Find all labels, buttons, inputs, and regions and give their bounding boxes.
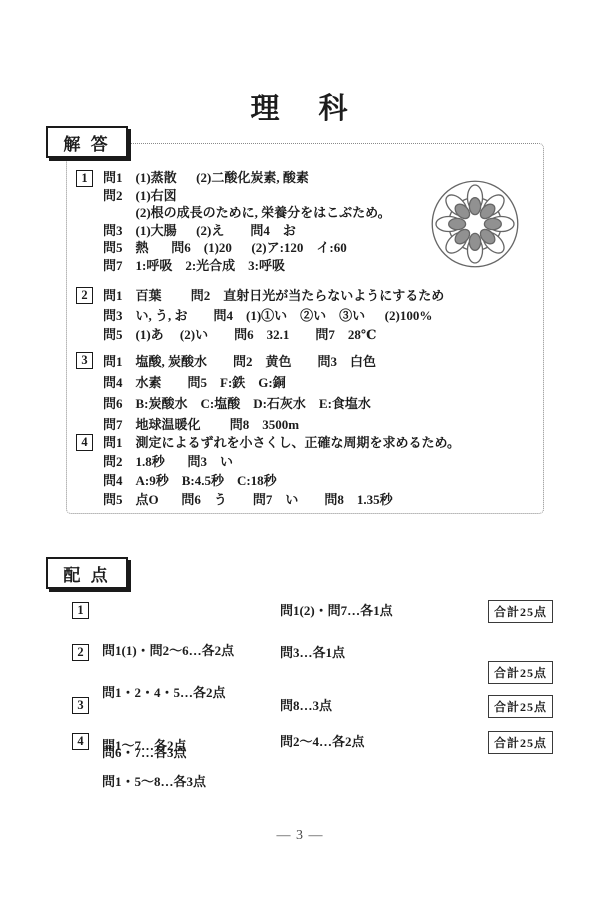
answer-line: 問3 (1)大腸 (2)え 問4 お <box>103 222 391 240</box>
answer-section-3: 問1 塩酸, 炭酸水 問2 黄色 問3 白色 問4 水素 問5 F:鉄 G:銅 … <box>103 351 376 435</box>
answer-line: 問4 水素 問5 F:鉄 G:銅 <box>103 372 376 393</box>
answer-line: 問6 B:炭酸水 C:塩酸 D:石灰水 E:食塩水 <box>103 393 376 414</box>
answer-line: 問5 点O 問6 う 問7 い 問8 1.35秒 <box>103 490 460 509</box>
answer-section-4: 問1 測定によるずれを小さくし、正確な周期を求めるため。 問2 1.8秒 問3 … <box>103 433 460 509</box>
answer-line: 問7 1:呼吸 2:光合成 3:呼吸 <box>103 257 391 275</box>
page-number: — 3 — <box>0 828 600 844</box>
answer-line: 問5 (1)あ (2)い 問6 32.1 問7 28℃ <box>103 325 444 345</box>
answers-label: 解 答 <box>46 126 128 158</box>
section-number-1: 1 <box>76 170 93 187</box>
answer-section-1: 問1 (1)蒸散 (2)二酸化炭素, 酸素 問2 (1)右図 (2)根の成長のた… <box>103 169 391 274</box>
white-petals <box>436 185 514 263</box>
points-allocation: 問8…3点 <box>280 696 332 716</box>
total-points-badge: 合計25点 <box>488 695 553 718</box>
points-line: 問1・5〜8…各3点 <box>102 772 206 792</box>
exam-answer-page: 理 科 解 答 1 問1 (1)蒸散 (2)二酸化炭素, 酸素 問2 (1)右図… <box>0 0 600 900</box>
total-points-badge: 合計25点 <box>488 600 553 623</box>
points-label: 配 点 <box>46 557 128 589</box>
points-allocation: 問1・5〜8…各3点 <box>102 732 206 832</box>
points-row-number-4: 4 <box>72 733 89 750</box>
shaded-petals <box>449 198 502 251</box>
answer-line: 問2 1.8秒 問3 い <box>103 452 460 471</box>
answer-line: 問5 熱 問6 (1)20 (2)ア:120 イ:60 <box>103 239 391 257</box>
points-allocation: 問2〜4…各2点 <box>280 732 365 752</box>
answer-line: 問1 百葉 問2 直射日光が当たらないようにするため <box>103 286 444 306</box>
answer-section-2: 問1 百葉 問2 直射日光が当たらないようにするため 問3 い, う, お 問4… <box>103 286 444 345</box>
answer-line: 問7 地球温暖化 問8 3500m <box>103 414 376 435</box>
total-points-badge: 合計25点 <box>488 661 553 684</box>
points-label-text: 配 点 <box>63 561 110 586</box>
answer-line: 問3 い, う, お 問4 (1)①い ②い ③い (2)100% <box>103 306 444 326</box>
page-title: 理 科 <box>0 86 600 127</box>
answer-line: 問1 塩酸, 炭酸水 問2 黄色 問3 白色 <box>103 351 376 372</box>
points-allocation: 問1(2)・問7…各1点 <box>280 601 393 621</box>
points-allocation: 問3…各1点 <box>280 643 345 663</box>
answers-label-text: 解 答 <box>63 130 110 155</box>
points-row-number-2: 2 <box>72 644 89 661</box>
answer-line: 問4 A:9秒 B:4.5秒 C:18秒 <box>103 471 460 490</box>
section-number-4: 4 <box>76 434 93 451</box>
points-row-number-3: 3 <box>72 697 89 714</box>
section-number-2: 2 <box>76 287 93 304</box>
diagram-outlines <box>432 181 518 267</box>
answer-line: 問2 (1)右図 <box>103 187 391 205</box>
answer-line: 問1 (1)蒸散 (2)二酸化炭素, 酸素 <box>103 169 391 187</box>
total-points-badge: 合計25点 <box>488 731 553 754</box>
answer-line: 問1 測定によるずれを小さくし、正確な周期を求めるため。 <box>103 433 460 452</box>
root-cross-section-diagram <box>428 177 522 271</box>
answer-line: (2)根の成長のために, 栄養分をはこぶため。 <box>103 204 391 222</box>
section-number-3: 3 <box>76 352 93 369</box>
points-row-number-1: 1 <box>72 602 89 619</box>
